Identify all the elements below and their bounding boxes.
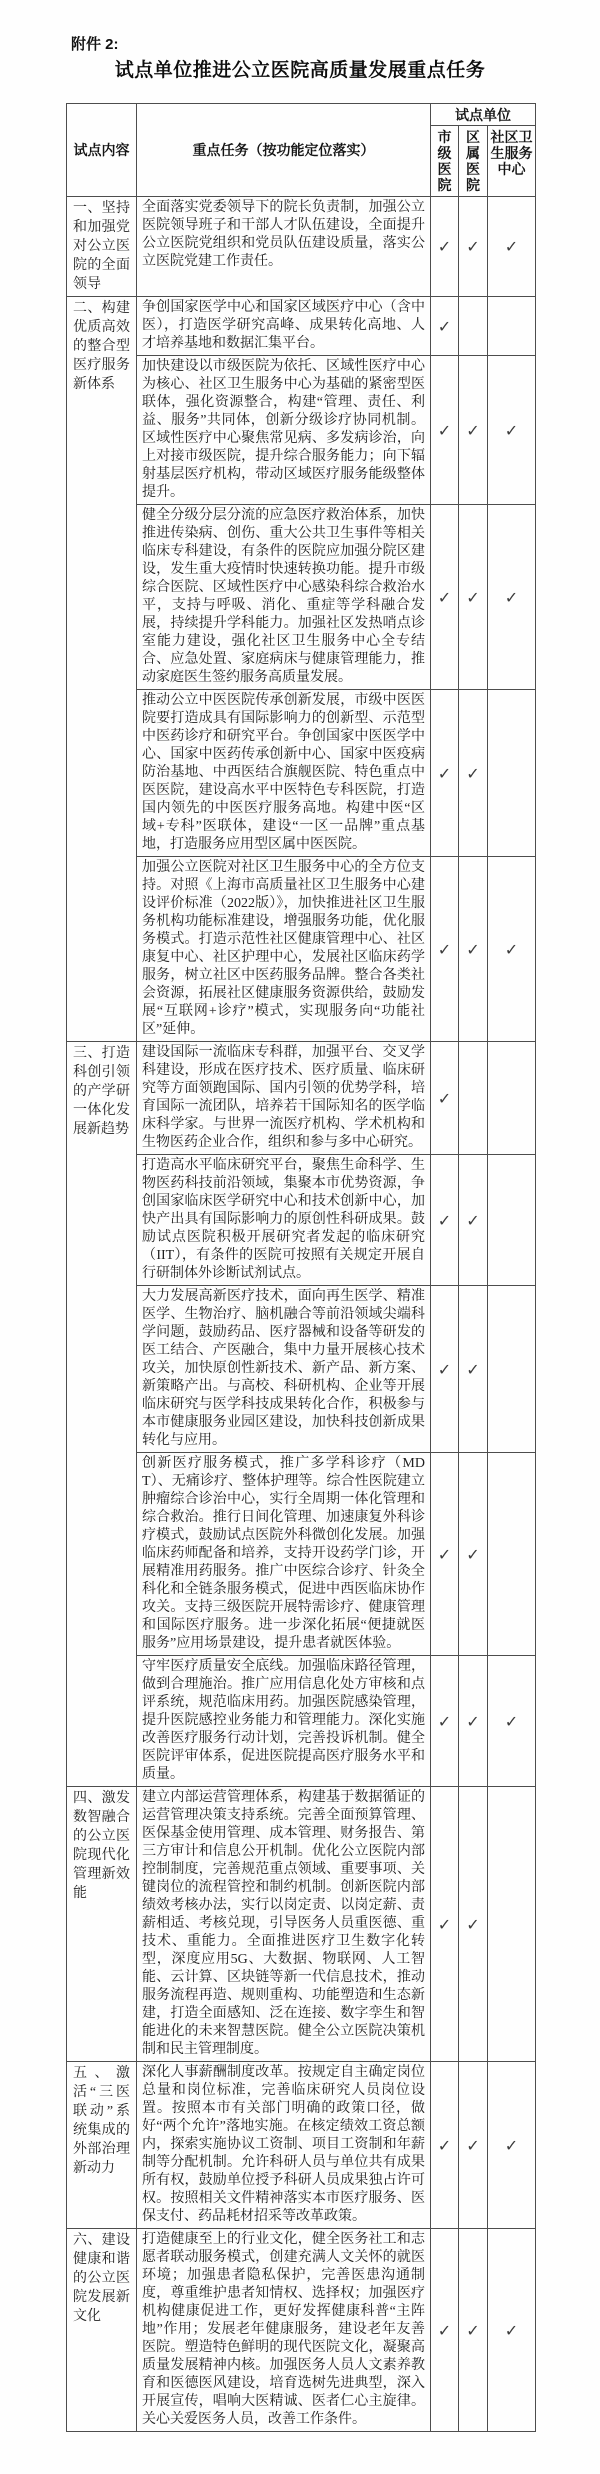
check-cell-municipal: ✓ <box>431 2062 459 2229</box>
task-row: 健全分级分层分流的应急医疗救治体系，加快推进传染病、创伤、重大公共卫生事件等相关… <box>67 505 536 690</box>
check-cell-municipal: ✓ <box>431 356 459 505</box>
section-label-new-culture: 六、建设健康和谐的公立医院发展新文化 <box>67 2229 137 2432</box>
header-unit-municipal-hospital: 市级医院 <box>431 126 459 197</box>
check-cell-district: ✓ <box>459 505 488 690</box>
task-row: 加快建设以市级医院为依托、区域性医疗中心为核心、社区卫生服务中心为基础的紧密型医… <box>67 356 536 505</box>
section-label-smart-management: 四、激发数智融合的公立医院现代化管理新效能 <box>67 1787 137 2062</box>
task-text-cell: 加强公立医院对社区卫生服务中心的全方位支持。对照《上海市高质量社区卫生服务中心建… <box>137 857 431 1042</box>
task-text-cell: 建设国际一流临床专科群，加强平台、交叉学科建设，形成在医疗技术、医疗质量、临床研… <box>137 1042 431 1155</box>
check-cell-municipal: ✓ <box>431 857 459 1042</box>
check-cell-municipal: ✓ <box>431 1286 459 1453</box>
check-cell-municipal: ✓ <box>431 197 459 297</box>
header-row-top: 试点内容 重点任务（按功能定位落实） 试点单位 <box>67 104 536 126</box>
task-row: 加强公立医院对社区卫生服务中心的全方位支持。对照《上海市高质量社区卫生服务中心建… <box>67 857 536 1042</box>
task-text-cell: 推动公立中医医院传承创新发展，市级中医医院要打造成具有国际影响力的创新型、示范型… <box>137 690 431 857</box>
section-label-service-system: 二、构建优质高效的整合型医疗服务新体系 <box>67 297 137 1042</box>
check-cell-district: ✓ <box>459 1453 488 1656</box>
check-cell-community <box>488 1787 536 2062</box>
task-row: 守牢医疗质量安全底线。加强临床路径管理，做到合理施治。推广应用信息化处方审核和点… <box>67 1656 536 1787</box>
check-cell-community: ✓ <box>488 356 536 505</box>
check-cell-district: ✓ <box>459 1286 488 1453</box>
check-cell-district: ✓ <box>459 356 488 505</box>
task-text-cell: 建立内部运营管理体系，构建基于数据循证的运营管理决策支持系统。完善全面预算管理、… <box>137 1787 431 2062</box>
check-cell-municipal: ✓ <box>431 690 459 857</box>
check-cell-community <box>488 1042 536 1155</box>
check-cell-municipal: ✓ <box>431 1453 459 1656</box>
task-row: 五、激活“三医联动”系统集成的外部治理新动力 深化人事薪酬制度改革。按规定自主确… <box>67 2062 536 2229</box>
check-cell-district: ✓ <box>459 1155 488 1286</box>
check-cell-district: ✓ <box>459 690 488 857</box>
check-cell-municipal: ✓ <box>431 297 459 356</box>
header-unit-district-hospital: 区属医院 <box>459 126 488 197</box>
header-key-tasks: 重点任务（按功能定位落实） <box>137 104 431 197</box>
header-unit-community-health-center: 社区卫生服务中心 <box>488 126 536 197</box>
section-label-party-leadership: 一、坚持和加强党对公立医院的全面领导 <box>67 197 137 297</box>
check-cell-community <box>488 1155 536 1286</box>
section-label-sci-tech-innovation: 三、打造科创引领的产学研一体化发展新趋势 <box>67 1042 137 1787</box>
task-text-cell: 健全分级分层分流的应急医疗救治体系，加快推进传染病、创伤、重大公共卫生事件等相关… <box>137 505 431 690</box>
page-title: 试点单位推进公立医院高质量发展重点任务 <box>0 55 600 82</box>
task-text-cell: 争创国家医学中心和国家区域医疗中心（含中医），打造医学研究高峰、成果转化高地、人… <box>137 297 431 356</box>
check-cell-district <box>459 1042 488 1155</box>
check-cell-community <box>488 1286 536 1453</box>
section-label-external-governance: 五、激活“三医联动”系统集成的外部治理新动力 <box>67 2062 137 2229</box>
task-row: 创新医疗服务模式，推广多学科诊疗（MDT）、无痛诊疗、整体护理等。综合性医院建立… <box>67 1453 536 1656</box>
check-cell-community: ✓ <box>488 857 536 1042</box>
task-row: 三、打造科创引领的产学研一体化发展新趋势 建设国际一流临床专科群，加强平台、交叉… <box>67 1042 536 1155</box>
check-cell-community: ✓ <box>488 505 536 690</box>
task-text-cell: 全面落实党委领导下的院长负责制，加强公立医院领导班子和干部人才队伍建设，全面提升… <box>137 197 431 297</box>
attachment-label: 附件 2: <box>71 33 119 54</box>
task-row: 推动公立中医医院传承创新发展，市级中医医院要打造成具有国际影响力的创新型、示范型… <box>67 690 536 857</box>
task-text-cell: 大力发展高新医疗技术，面向再生医学、精准医学、生物治疗、脑机融合等前沿领域尖端科… <box>137 1286 431 1453</box>
task-row: 大力发展高新医疗技术，面向再生医学、精准医学、生物治疗、脑机融合等前沿领域尖端科… <box>67 1286 536 1453</box>
check-cell-community: ✓ <box>488 197 536 297</box>
header-pilot-content: 试点内容 <box>67 104 137 197</box>
check-cell-municipal: ✓ <box>431 1042 459 1155</box>
task-text-cell: 加快建设以市级医院为依托、区域性医疗中心为核心、社区卫生服务中心为基础的紧密型医… <box>137 356 431 505</box>
task-row: 四、激发数智融合的公立医院现代化管理新效能 建立内部运营管理体系，构建基于数据循… <box>67 1787 536 2062</box>
check-cell-district <box>459 297 488 356</box>
check-cell-community <box>488 1453 536 1656</box>
task-text-cell: 打造高水平临床研究平台，聚焦生命科学、生物医药科技前沿领域，集聚本市优势资源，争… <box>137 1155 431 1286</box>
check-cell-district: ✓ <box>459 2062 488 2229</box>
check-cell-district: ✓ <box>459 197 488 297</box>
check-cell-district: ✓ <box>459 857 488 1042</box>
check-cell-district: ✓ <box>459 1656 488 1787</box>
check-cell-municipal: ✓ <box>431 1787 459 2062</box>
check-cell-municipal: ✓ <box>431 505 459 690</box>
header-pilot-units-group: 试点单位 <box>431 104 536 126</box>
task-text-cell: 守牢医疗质量安全底线。加强临床路径管理，做到合理施治。推广应用信息化处方审核和点… <box>137 1656 431 1787</box>
check-cell-municipal: ✓ <box>431 2229 459 2432</box>
task-text-cell: 打造健康至上的行业文化，健全医务社工和志愿者联动服务模式，创建充满人文关怀的就医… <box>137 2229 431 2432</box>
task-row: 二、构建优质高效的整合型医疗服务新体系 争创国家医学中心和国家区域医疗中心（含中… <box>67 297 536 356</box>
task-row: 六、建设健康和谐的公立医院发展新文化 打造健康至上的行业文化，健全医务社工和志愿… <box>67 2229 536 2432</box>
check-cell-community: ✓ <box>488 2062 536 2229</box>
check-cell-community: ✓ <box>488 1656 536 1787</box>
check-cell-district: ✓ <box>459 2229 488 2432</box>
check-cell-community <box>488 690 536 857</box>
check-cell-district: ✓ <box>459 1787 488 2062</box>
check-cell-community: ✓ <box>488 2229 536 2432</box>
task-text-cell: 创新医疗服务模式，推广多学科诊疗（MDT）、无痛诊疗、整体护理等。综合性医院建立… <box>137 1453 431 1656</box>
check-cell-municipal: ✓ <box>431 1155 459 1286</box>
task-text-cell: 深化人事薪酬制度改革。按规定自主确定岗位总量和岗位标准，完善临床研究人员岗位设置… <box>137 2062 431 2229</box>
check-cell-community <box>488 297 536 356</box>
task-row: 打造高水平临床研究平台，聚焦生命科学、生物医药科技前沿领域，集聚本市优势资源，争… <box>67 1155 536 1286</box>
task-row: 一、坚持和加强党对公立医院的全面领导 全面落实党委领导下的院长负责制，加强公立医… <box>67 197 536 297</box>
tasks-table: 试点内容 重点任务（按功能定位落实） 试点单位 市级医院 区属医院 社区卫生服务… <box>66 103 536 2432</box>
check-cell-municipal: ✓ <box>431 1656 459 1787</box>
